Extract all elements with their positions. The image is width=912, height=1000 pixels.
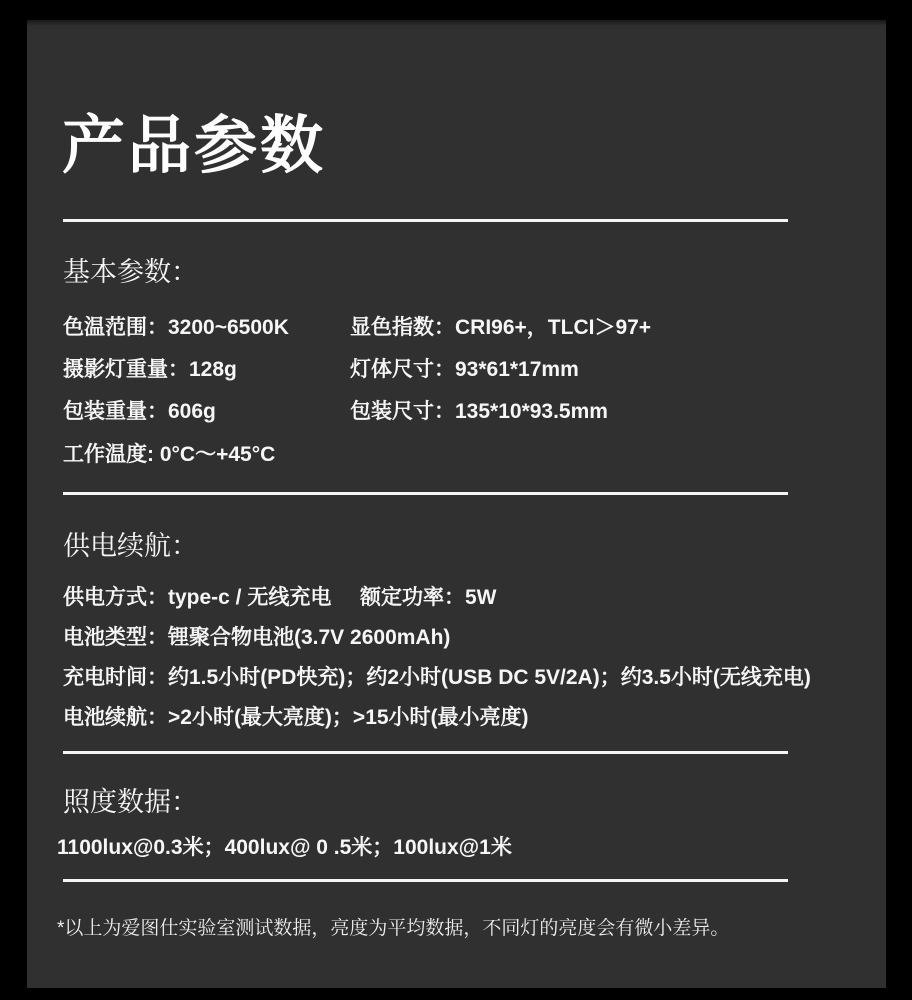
illuminance-data-line: 1100lux@0.3米；400lux@ 0 .5米；100lux@1米: [57, 831, 512, 861]
section-heading-basic: 基本参数：: [63, 250, 198, 289]
divider-basic-power: [63, 492, 788, 495]
divider-above-footnote: [63, 879, 788, 882]
footnote: *以上为爱图仕实验室测试数据，亮度为平均数据，不同灯的亮度会有微小差异。: [57, 913, 729, 940]
section-heading-power: 供电续航：: [63, 524, 198, 563]
spec-value: 锂聚合物电池(3.7V 2600mAh): [168, 626, 450, 649]
divider-under-title: [63, 219, 788, 222]
spec-working-temp: 工作温度: 0°C～+45°C: [63, 438, 275, 468]
spec-label: 电池续航：: [63, 706, 168, 729]
page-title: 产品参数: [62, 112, 326, 181]
spec-label: 电池类型：: [63, 626, 168, 649]
spec-value: >2小时(最大亮度)；>15小时(最小亮度): [168, 706, 529, 729]
spec-package-size: 包装尺寸：135*10*93.5mm: [350, 395, 608, 425]
divider-power-illuminance: [63, 751, 788, 754]
spec-label: 色温范围：: [63, 316, 168, 339]
spec-label: 摄影灯重量：: [63, 358, 189, 381]
spec-charge-time: 充电时间：约1.5小时(PD快充)；约2小时(USB DC 5V/2A)；约3.…: [63, 661, 811, 691]
spec-package-weight: 包装重量：606g: [63, 395, 216, 425]
spec-light-weight: 摄影灯重量：128g: [63, 353, 237, 383]
spec-value: 0°C～+45°C: [160, 443, 275, 466]
spec-value: 3200~6500K: [168, 316, 289, 339]
spec-label: 工作温度:: [63, 443, 160, 466]
spec-rated-power: 额定功率：5W: [360, 581, 497, 611]
spec-value: 5W: [465, 586, 497, 609]
spec-value: 93*61*17mm: [455, 358, 579, 381]
spec-cri-index: 显色指数：CRI96+，TLCI＞97+: [350, 311, 651, 341]
spec-value: type-c / 无线充电: [168, 586, 331, 609]
spec-battery-type: 电池类型：锂聚合物电池(3.7V 2600mAh): [63, 621, 450, 651]
spec-value: CRI96+，TLCI＞97+: [455, 316, 651, 339]
spec-label: 充电时间：: [63, 666, 168, 689]
spec-battery-life: 电池续航：>2小时(最大亮度)；>15小时(最小亮度): [63, 701, 529, 731]
spec-label: 包装尺寸：: [350, 400, 455, 423]
spec-label: 包装重量：: [63, 400, 168, 423]
section-heading-illuminance: 照度数据：: [63, 780, 198, 819]
spec-label: 供电方式：: [63, 586, 168, 609]
spec-body-size: 灯体尺寸：93*61*17mm: [350, 353, 579, 383]
spec-color-temp-range: 色温范围：3200~6500K: [63, 311, 289, 341]
spec-value: 128g: [189, 358, 237, 381]
product-spec-page: 产品参数 基本参数： 色温范围：3200~6500K 显色指数：CRI96+，T…: [0, 0, 912, 1000]
spec-label: 显色指数：: [350, 316, 455, 339]
spec-power-mode: 供电方式：type-c / 无线充电: [63, 581, 331, 611]
top-black-band: [0, 0, 912, 26]
spec-value: 135*10*93.5mm: [455, 400, 608, 423]
spec-label: 灯体尺寸：: [350, 358, 455, 381]
spec-label: 额定功率：: [360, 586, 465, 609]
spec-value: 约1.5小时(PD快充)；约2小时(USB DC 5V/2A)；约3.5小时(无…: [168, 666, 811, 689]
spec-value: 606g: [168, 400, 216, 423]
